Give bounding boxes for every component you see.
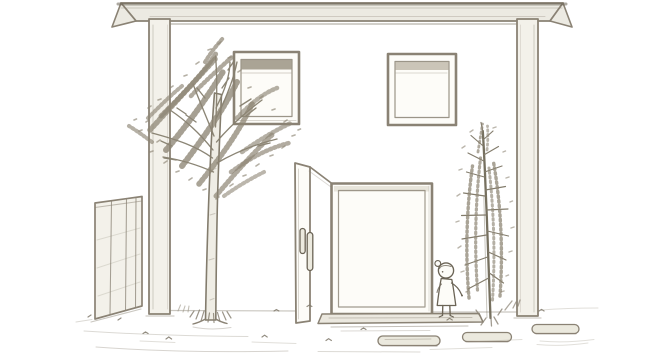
right-pillar bbox=[514, 19, 541, 318]
child-dress bbox=[437, 279, 456, 306]
door-handle-upper bbox=[300, 229, 305, 254]
roof-slab bbox=[121, 3, 563, 21]
stone-slab bbox=[378, 336, 440, 346]
stone-slab bbox=[532, 325, 579, 334]
wooden-fence bbox=[91, 197, 142, 323]
door-top-edge-shadow bbox=[309, 171, 331, 187]
foliage-stroke bbox=[467, 166, 473, 298]
threshold-shadow-line bbox=[341, 331, 430, 332]
right-window-top-shade bbox=[396, 62, 449, 70]
stepping-stone-3 bbox=[532, 325, 579, 334]
stepping-stone-1 bbox=[378, 336, 440, 346]
foliage-stroke bbox=[476, 158, 481, 290]
ground-hatch-line bbox=[318, 352, 420, 353]
door-handle-lower bbox=[307, 233, 313, 271]
threshold-texture bbox=[329, 318, 472, 319]
right-sapling bbox=[456, 123, 520, 327]
ground-hatch-line bbox=[140, 341, 296, 344]
ground-hatch-line bbox=[76, 320, 92, 323]
doorway-outer-frame bbox=[332, 184, 433, 315]
left-tree-soil-line bbox=[193, 327, 231, 329]
sketch-canvas: sepia pencil sketch on white paper bbox=[0, 0, 660, 360]
left-pillar-body bbox=[149, 19, 170, 314]
ground-hatch-line bbox=[96, 347, 288, 352]
child-figure bbox=[435, 261, 463, 317]
ground-hatch-line bbox=[537, 340, 594, 346]
child-hand bbox=[461, 295, 463, 297]
threshold-step bbox=[318, 314, 483, 332]
ground-hatch-line bbox=[84, 331, 248, 337]
doorway bbox=[332, 184, 433, 315]
child-eye bbox=[442, 271, 444, 273]
ground-hatch-line bbox=[541, 308, 598, 310]
foliage-stroke bbox=[478, 124, 483, 152]
flat-roof bbox=[112, 3, 572, 27]
right-window bbox=[388, 54, 456, 125]
threshold-slab bbox=[318, 314, 483, 324]
foliage-stroke bbox=[487, 126, 488, 150]
fence-face bbox=[95, 197, 142, 320]
stone-texture bbox=[385, 339, 431, 340]
door-top-edge-perspective bbox=[310, 167, 333, 184]
threshold-lower-line bbox=[331, 326, 468, 327]
left-window-top-shade bbox=[242, 60, 292, 70]
wall-base-line bbox=[170, 311, 300, 312]
illustration-frame: sepia pencil sketch on white paper bbox=[0, 0, 660, 360]
left-pillar bbox=[146, 19, 174, 316]
